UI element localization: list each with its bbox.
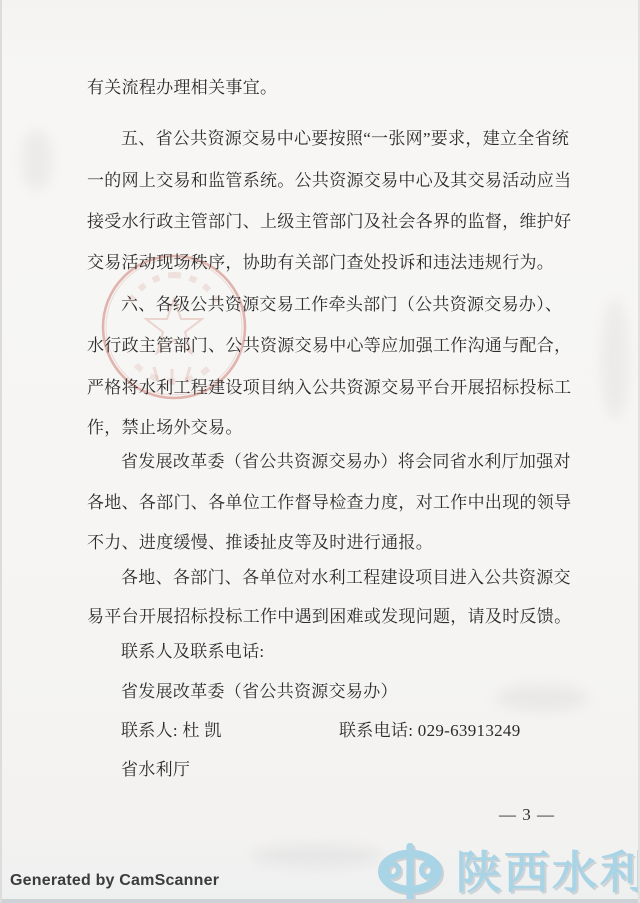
page-number: — 3 — [472,805,582,825]
document-line: 交易活动现场秩序，协助有关部门查处投诉和违法违规行为。 [87,242,561,284]
water-logo-icon [374,843,446,903]
document-line: 省发展改革委（省公共资源交易办） [87,671,561,713]
scan-smudge [602,300,628,420]
document-line: 接受水行政主管部门、上级主管部门及社会各界的监督，维护好 [87,201,561,243]
document-line: 联系人及联系电话: [87,631,561,673]
scan-bottom-edge [2,899,638,903]
publisher-logo-text: 陕西水利 [456,843,640,903]
document-line: 各地、各部门、各单位对水利工程建设项目进入公共资源交 [87,557,561,599]
contact-phone: 联系电话: 029-63913249 [339,710,521,752]
camscanner-watermark: Generated by CamScanner [10,872,219,890]
document-line: 严格将水利工程建设项目纳入公共资源交易平台开展招标投标工 [87,367,561,409]
document-line: 各地、各部门、各单位工作督导检查力度，对工作中出现的领导 [87,482,561,524]
document-line: 联系人: 杜 凯联系电话: 029-63913249 [87,710,561,752]
document-line: 省水利厅 [87,749,561,791]
document-line: 水行政主管部门、公共资源交易中心等应加强工作沟通与配合， [87,325,561,367]
scan-smudge [22,130,52,190]
document-line: 一的网上交易和监管系统。公共资源交易中心及其交易活动应当 [87,160,561,202]
scanned-document-page: 有关流程办理相关事宜。五、省公共资源交易中心要按照“一张网”要求，建立全省统一的… [0,0,640,903]
document-line: 五、省公共资源交易中心要按照“一张网”要求，建立全省统 [87,118,561,160]
publisher-logo: 陕西水利 [374,843,640,903]
document-line: 六、各级公共资源交易工作牵头部门（公共资源交易办）、 [87,284,561,326]
contact-name: 联系人: 杜 凯 [121,721,222,740]
document-line: 有关流程办理相关事宜。 [87,67,561,109]
scan-smudge [252,845,382,867]
document-line: 省发展改革委（省公共资源交易办）将会同省水利厅加强对 [87,441,561,483]
